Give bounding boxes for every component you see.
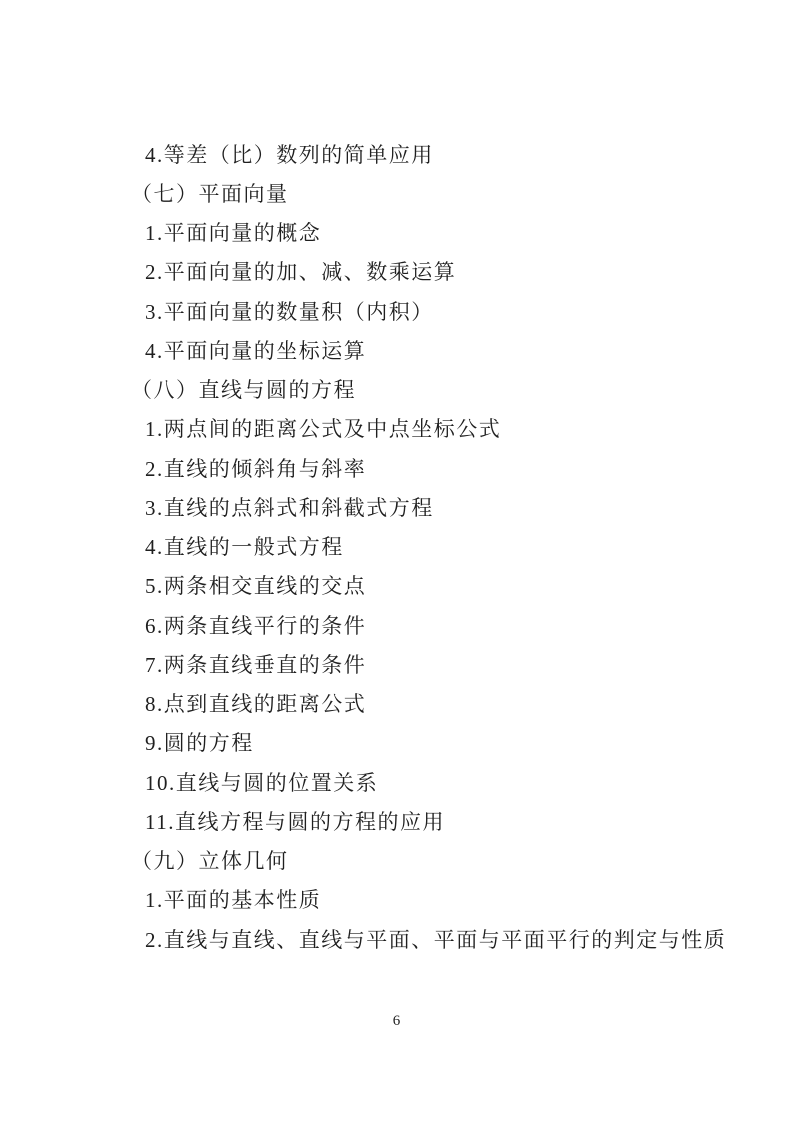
outline-text: （八）直线与圆的方程 (131, 374, 356, 404)
outline-line: 6.两条直线平行的条件 (0, 605, 793, 644)
outline-text: 9.圆的方程 (145, 727, 254, 757)
outline-text: 7.两条直线垂直的条件 (145, 649, 366, 679)
outline-text: 6.两条直线平行的条件 (145, 610, 366, 640)
outline-text: （七）平面向量 (131, 178, 289, 208)
outline-line: 1.两点间的距离公式及中点坐标公式 (0, 409, 793, 448)
outline-line: 4.平面向量的坐标运算 (0, 330, 793, 369)
outline-text: 11.直线方程与圆的方程的应用 (145, 806, 445, 836)
outline-line: 2.直线与直线、直线与平面、平面与平面平行的判定与性质 (0, 919, 793, 958)
outline-line: 2.平面向量的加、减、数乘运算 (0, 252, 793, 291)
outline-text: 3.平面向量的数量积（内积） (145, 296, 434, 326)
outline-text: 4.等差（比）数列的简单应用 (145, 139, 434, 169)
outline-text: 1.两点间的距离公式及中点坐标公式 (145, 413, 501, 443)
outline-text: 8.点到直线的距离公式 (145, 688, 366, 718)
page-footer: 6 (0, 1012, 793, 1030)
outline-text: （九）立体几何 (131, 845, 289, 875)
outline-line: （八）直线与圆的方程 (0, 370, 793, 409)
outline-text: 2.平面向量的加、减、数乘运算 (145, 256, 456, 286)
outline-list: 4.等差（比）数列的简单应用 （七）平面向量 1.平面向量的概念 2.平面向量的… (0, 134, 793, 958)
outline-text: 10.直线与圆的位置关系 (145, 767, 378, 797)
outline-line: 9.圆的方程 (0, 723, 793, 762)
outline-line: 4.直线的一般式方程 (0, 527, 793, 566)
outline-line: 7.两条直线垂直的条件 (0, 644, 793, 683)
outline-text: 3.直线的点斜式和斜截式方程 (145, 492, 434, 522)
outline-line: 5.两条相交直线的交点 (0, 566, 793, 605)
outline-line: 4.等差（比）数列的简单应用 (0, 134, 793, 173)
outline-line: 8.点到直线的距离公式 (0, 684, 793, 723)
outline-text: 1.平面的基本性质 (145, 884, 321, 914)
outline-text: 2.直线与直线、直线与平面、平面与平面平行的判定与性质 (145, 924, 726, 954)
outline-line: （七）平面向量 (0, 173, 793, 212)
outline-text: 5.两条相交直线的交点 (145, 570, 366, 600)
page-number: 6 (393, 1013, 401, 1029)
outline-line: 3.平面向量的数量积（内积） (0, 291, 793, 330)
outline-line: 11.直线方程与圆的方程的应用 (0, 801, 793, 840)
outline-text: 4.平面向量的坐标运算 (145, 335, 366, 365)
outline-line: 2.直线的倾斜角与斜率 (0, 448, 793, 487)
outline-line: 10.直线与圆的位置关系 (0, 762, 793, 801)
outline-line: 1.平面的基本性质 (0, 880, 793, 919)
outline-text: 2.直线的倾斜角与斜率 (145, 453, 366, 483)
outline-line: 1.平面向量的概念 (0, 213, 793, 252)
outline-text: 4.直线的一般式方程 (145, 531, 344, 561)
outline-line: （九）立体几何 (0, 841, 793, 880)
outline-text: 1.平面向量的概念 (145, 217, 321, 247)
outline-line: 3.直线的点斜式和斜截式方程 (0, 487, 793, 526)
document-page: 4.等差（比）数列的简单应用 （七）平面向量 1.平面向量的概念 2.平面向量的… (0, 0, 793, 1122)
